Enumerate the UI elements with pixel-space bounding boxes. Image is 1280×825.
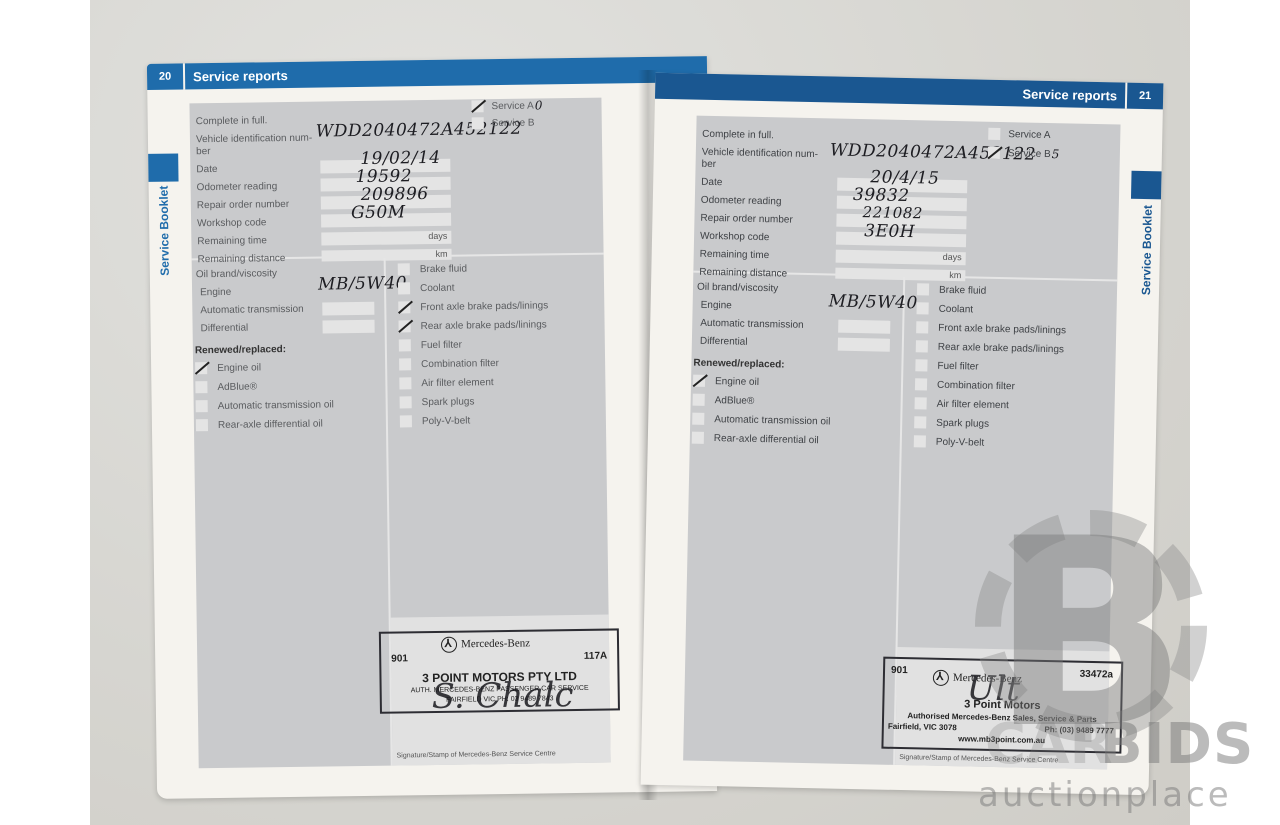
checkbox[interactable] bbox=[915, 359, 927, 371]
checklist-item[interactable]: Rear axle brake pads/linings bbox=[398, 316, 546, 334]
workshop-code-row: Workshop code bbox=[700, 228, 830, 247]
watermark-subtitle: auctionplace bbox=[978, 775, 1232, 815]
checkbox[interactable] bbox=[400, 396, 412, 408]
oil-auto-trans-field[interactable] bbox=[322, 302, 374, 316]
checklist-label: Poly-V-belt bbox=[936, 436, 985, 448]
checklist-label: Coolant bbox=[420, 282, 455, 293]
vin-label-cont: ber bbox=[701, 156, 716, 172]
checkbox[interactable] bbox=[196, 400, 208, 412]
checklist-item[interactable]: Rear axle brake pads/linings bbox=[916, 338, 1064, 357]
oil-engine-value: MB/5W40 bbox=[318, 273, 407, 294]
checkbox[interactable] bbox=[196, 419, 208, 431]
oil-heading: Oil brand/viscosity bbox=[196, 265, 277, 282]
checklist-label: Brake fluid bbox=[939, 284, 986, 296]
remaining-time-row: Remaining time bbox=[700, 246, 830, 265]
checkbox[interactable] bbox=[914, 416, 926, 428]
checklist-item[interactable]: Fuel filter bbox=[915, 357, 978, 374]
checkbox[interactable] bbox=[398, 301, 410, 313]
checklist-item[interactable]: Fuel filter bbox=[399, 337, 462, 354]
checkbox[interactable] bbox=[916, 340, 928, 352]
checklist-item[interactable]: Air filter element bbox=[399, 374, 493, 391]
checklist-label: Rear axle brake pads/linings bbox=[421, 319, 547, 332]
checkbox[interactable] bbox=[399, 358, 411, 370]
checkbox[interactable] bbox=[693, 375, 705, 387]
oil-differential-field[interactable] bbox=[322, 320, 374, 334]
service-b-checkbox[interactable] bbox=[472, 117, 484, 129]
left-side-tab bbox=[148, 154, 178, 182]
checkbox[interactable] bbox=[917, 302, 929, 314]
date-row: Date bbox=[701, 174, 831, 193]
checklist-item[interactable]: Brake fluid bbox=[917, 281, 987, 298]
checklist-item[interactable]: Combination filter bbox=[915, 376, 1015, 394]
service-b-option[interactable]: Service B 5 bbox=[988, 146, 1060, 162]
repair-order-row: Repair order number bbox=[700, 210, 830, 229]
stamp-address: Fairfield, VIC 3078 bbox=[888, 722, 957, 732]
service-a-checkbox[interactable] bbox=[988, 128, 1000, 140]
left-vehicle-details: Complete in full. Vehicle identification… bbox=[189, 98, 603, 261]
right-side-label: Service Booklet bbox=[1139, 205, 1155, 295]
left-page-title: Service reports bbox=[185, 67, 296, 84]
vin-row: Vehicle identification num- bbox=[196, 129, 326, 147]
repair-order-row: Repair order number bbox=[197, 195, 327, 213]
right-vehicle-details: Complete in full. Vehicle identification… bbox=[693, 116, 1120, 282]
date-row: Date bbox=[196, 159, 326, 177]
mercedes-star-icon bbox=[933, 670, 949, 686]
right-page-title: Service reports bbox=[1014, 86, 1125, 103]
right-page-header: Service reports 21 bbox=[655, 73, 1163, 110]
stamp-brand: Mercedes-Benz bbox=[441, 636, 530, 653]
checklist-item[interactable]: Brake fluid bbox=[398, 260, 467, 277]
service-a-checkbox[interactable] bbox=[471, 100, 483, 112]
checklist-item[interactable]: Spark plugs bbox=[400, 393, 475, 410]
checklist-item[interactable]: Coolant bbox=[916, 300, 973, 317]
right-page-number: 21 bbox=[1125, 83, 1164, 110]
right-side-tab bbox=[1131, 171, 1162, 200]
oil-auto-trans-row: Automatic transmission bbox=[700, 315, 804, 333]
checklist-label: Front axle brake pads/linings bbox=[420, 300, 548, 313]
checkbox[interactable] bbox=[916, 321, 928, 333]
left-service-form: Complete in full. Vehicle identification… bbox=[189, 98, 610, 769]
renewed-auto-trans-oil[interactable]: Automatic transmission oil bbox=[692, 411, 830, 430]
checklist-item[interactable]: Coolant bbox=[398, 280, 455, 297]
remaining-time-field[interactable]: days bbox=[321, 231, 451, 246]
remaining-time-field[interactable]: days bbox=[836, 250, 966, 266]
complete-in-full-note: Complete in full. bbox=[702, 126, 774, 143]
renewed-auto-trans-oil[interactable]: Automatic transmission oil bbox=[196, 396, 334, 414]
checkbox[interactable] bbox=[917, 283, 929, 295]
odometer-row: Odometer reading bbox=[197, 177, 327, 195]
renewed-heading: Renewed/replaced: bbox=[195, 341, 286, 358]
left-stamp-area: 901 117A Mercedes-Benz 3 POINT MOTORS PT… bbox=[391, 615, 611, 766]
checkbox[interactable] bbox=[399, 377, 411, 389]
left-page-header: 20 Service reports bbox=[147, 56, 707, 90]
checkbox[interactable] bbox=[398, 263, 410, 275]
vin-label-cont: ber bbox=[196, 143, 211, 159]
checklist-item[interactable]: Poly-V-belt bbox=[400, 412, 471, 429]
renewed-rear-axle-oil[interactable]: Rear-axle differential oil bbox=[196, 416, 323, 434]
checklist-label: Poly-V-belt bbox=[422, 415, 471, 427]
checkbox[interactable] bbox=[195, 362, 207, 374]
renewed-adblue[interactable]: AdBlue® bbox=[195, 378, 257, 395]
service-a-option[interactable]: Service A 0 bbox=[471, 98, 543, 113]
checklist-label: Spark plugs bbox=[936, 417, 989, 429]
oil-auto-trans-field[interactable] bbox=[838, 320, 890, 334]
checkbox[interactable] bbox=[400, 415, 412, 427]
stamp-code-left: 901 bbox=[391, 653, 408, 664]
checkbox[interactable] bbox=[692, 432, 704, 444]
remaining-time-row: Remaining time bbox=[197, 231, 327, 249]
watermark-car: CAR bbox=[985, 712, 1113, 777]
oil-differential-row: Differential bbox=[200, 320, 248, 337]
odometer-row: Odometer reading bbox=[701, 192, 831, 211]
service-b-checkbox[interactable] bbox=[988, 147, 1000, 159]
service-a-annotation: 0 bbox=[535, 98, 543, 112]
checklist-label: Coolant bbox=[939, 303, 974, 315]
checklist-item[interactable]: Front axle brake pads/linings bbox=[398, 297, 548, 315]
checklist-label: Spark plugs bbox=[422, 396, 475, 408]
checkbox[interactable] bbox=[399, 339, 411, 351]
vin-row: Vehicle identification num- bbox=[702, 144, 832, 163]
checkbox[interactable] bbox=[398, 282, 410, 294]
checklist-label: Rear axle brake pads/linings bbox=[938, 341, 1064, 355]
workshop-code-value: 3E0H bbox=[864, 221, 915, 242]
checklist-label: Brake fluid bbox=[420, 263, 467, 275]
days-unit: days bbox=[428, 231, 447, 241]
checklist-label: Front axle brake pads/linings bbox=[938, 322, 1066, 336]
checklist-item[interactable]: Poly-V-belt bbox=[914, 433, 985, 450]
checkbox[interactable] bbox=[399, 320, 411, 332]
repair-order-value: 221082 bbox=[862, 203, 923, 222]
checklist-item[interactable]: Front axle brake pads/linings bbox=[916, 319, 1066, 338]
workshop-code-row: Workshop code bbox=[197, 213, 327, 231]
vin-label: Vehicle identification num- bbox=[196, 132, 326, 145]
checklist-item[interactable]: Combination filter bbox=[399, 355, 499, 372]
checkbox[interactable] bbox=[693, 394, 705, 406]
checklist-label: Air filter element bbox=[937, 398, 1009, 411]
watermark-bids: BIDS bbox=[1100, 712, 1254, 777]
renewed-heading: Renewed/replaced: bbox=[693, 355, 784, 373]
oil-differential-field[interactable] bbox=[838, 338, 890, 352]
checklist-label: Combination filter bbox=[421, 358, 499, 370]
service-a-option[interactable]: Service A bbox=[988, 128, 1050, 141]
stamp-code-left: 901 bbox=[891, 665, 908, 676]
oil-heading: Oil brand/viscosity bbox=[697, 279, 778, 297]
checklist-label: Fuel filter bbox=[937, 360, 978, 372]
days-unit: days bbox=[943, 252, 962, 262]
left-page: 20 Service reports Service Booklet Compl… bbox=[147, 56, 717, 799]
oil-auto-trans-row: Automatic transmission bbox=[200, 301, 304, 318]
oil-differential-row: Differential bbox=[700, 333, 748, 350]
oil-engine-row: Engine bbox=[700, 297, 731, 314]
renewed-engine-oil[interactable]: Engine oil bbox=[693, 373, 759, 390]
service-b-option[interactable]: Service B bbox=[472, 117, 535, 130]
checklist-item[interactable]: Spark plugs bbox=[914, 414, 989, 432]
left-side-label: Service Booklet bbox=[157, 186, 172, 276]
signature-caption: Signature/Stamp of Mercedes-Benz Service… bbox=[397, 750, 556, 759]
stamp-code-right: 117A bbox=[584, 651, 608, 662]
checklist-item[interactable]: Air filter element bbox=[914, 395, 1009, 413]
renewed-adblue[interactable]: AdBlue® bbox=[693, 392, 755, 409]
checklist-label: Air filter element bbox=[421, 377, 493, 389]
checkbox[interactable] bbox=[914, 435, 926, 447]
checklist-label: Fuel filter bbox=[421, 339, 462, 351]
renewed-rear-axle-oil[interactable]: Rear-axle differential oil bbox=[692, 430, 819, 449]
mercedes-star-icon bbox=[441, 637, 457, 653]
left-page-number: 20 bbox=[147, 63, 185, 90]
workshop-code-value: G50M bbox=[351, 202, 406, 223]
service-b-annotation: 5 bbox=[1052, 147, 1060, 161]
left-signature: S. Chalc bbox=[431, 675, 573, 717]
checklist-label: Combination filter bbox=[937, 379, 1015, 392]
oil-engine-row: Engine bbox=[200, 284, 231, 300]
left-lower-section: Oil brand/viscosity Engine MB/5W40 Autom… bbox=[192, 255, 611, 769]
checkbox[interactable] bbox=[195, 381, 207, 393]
checkbox[interactable] bbox=[915, 397, 927, 409]
checkbox[interactable] bbox=[692, 413, 704, 425]
checkbox[interactable] bbox=[915, 378, 927, 390]
oil-engine-value: MB/5W40 bbox=[829, 291, 918, 313]
complete-in-full-note: Complete in full. bbox=[196, 112, 268, 129]
renewed-engine-oil[interactable]: Engine oil bbox=[195, 359, 261, 376]
